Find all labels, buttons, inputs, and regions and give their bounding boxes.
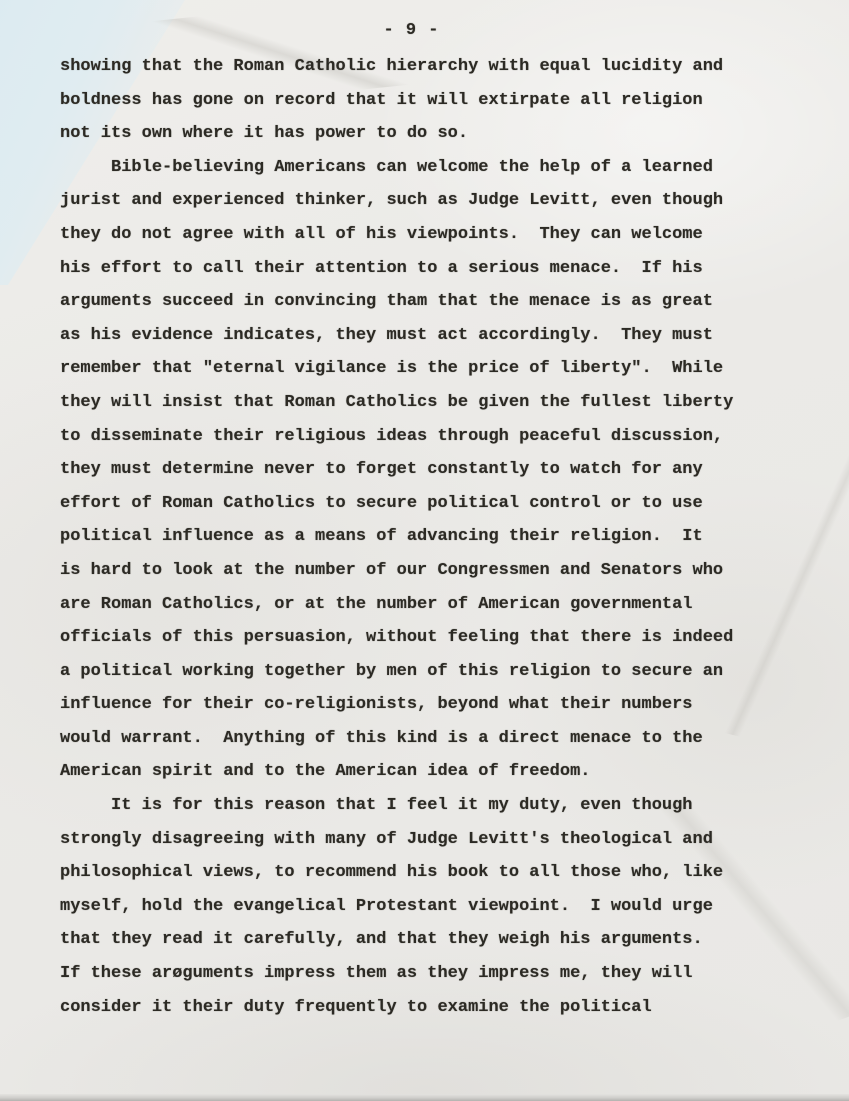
text-line: are Roman Catholics, or at the number of…	[60, 588, 800, 622]
text-line: political influence as a means of advanc…	[60, 520, 800, 554]
text-line: officials of this persuasion, without fe…	[60, 621, 800, 655]
text-line: influence for their co-religionists, bey…	[60, 688, 800, 722]
text-line: his effort to call their attention to a …	[60, 252, 800, 286]
text-line: boldness has gone on record that it will…	[60, 84, 800, 118]
text-line: remember that "eternal vigilance is the …	[60, 352, 800, 386]
text-line: would warrant. Anything of this kind is …	[60, 722, 800, 756]
text-line: they must determine never to forget cons…	[60, 453, 800, 487]
text-line: arguments succeed in convincing tham tha…	[60, 285, 800, 319]
text-line: not its own where it has power to do so.	[60, 117, 800, 151]
text-line: myself, hold the evangelical Protestant …	[60, 890, 800, 924]
paragraph: showing that the Roman Catholic hierarch…	[60, 50, 800, 151]
text-line: American spirit and to the American idea…	[60, 755, 800, 789]
text-line: is hard to look at the number of our Con…	[60, 554, 800, 588]
text-line: showing that the Roman Catholic hierarch…	[60, 50, 800, 84]
text-line: If these arøguments impress them as they…	[60, 957, 800, 991]
paragraph: Bible-believing Americans can welcome th…	[60, 151, 800, 789]
text-line: a political working together by men of t…	[60, 655, 800, 689]
text-line: effort of Roman Catholics to secure poli…	[60, 487, 800, 521]
scanned-document-page: - 9 - showing that the Roman Catholic hi…	[0, 0, 849, 1101]
document-body: showing that the Roman Catholic hierarch…	[60, 50, 800, 1024]
text-line: consider it their duty frequently to exa…	[60, 991, 800, 1025]
scan-page-bottom-edge	[0, 1094, 849, 1101]
text-line: they do not agree with all of his viewpo…	[60, 218, 800, 252]
text-line: philosophical views, to recommend his bo…	[60, 856, 800, 890]
page-number: - 9 -	[0, 20, 836, 42]
text-line: It is for this reason that I feel it my …	[60, 789, 800, 823]
text-line: that they read it carefully, and that th…	[60, 923, 800, 957]
text-line: strongly disagreeing with many of Judge …	[60, 823, 800, 857]
text-line: jurist and experienced thinker, such as …	[60, 184, 800, 218]
text-line: to disseminate their religious ideas thr…	[60, 420, 800, 454]
paragraph: It is for this reason that I feel it my …	[60, 789, 800, 1024]
text-line: Bible-believing Americans can welcome th…	[60, 151, 800, 185]
text-line: they will insist that Roman Catholics be…	[60, 386, 800, 420]
text-line: as his evidence indicates, they must act…	[60, 319, 800, 353]
